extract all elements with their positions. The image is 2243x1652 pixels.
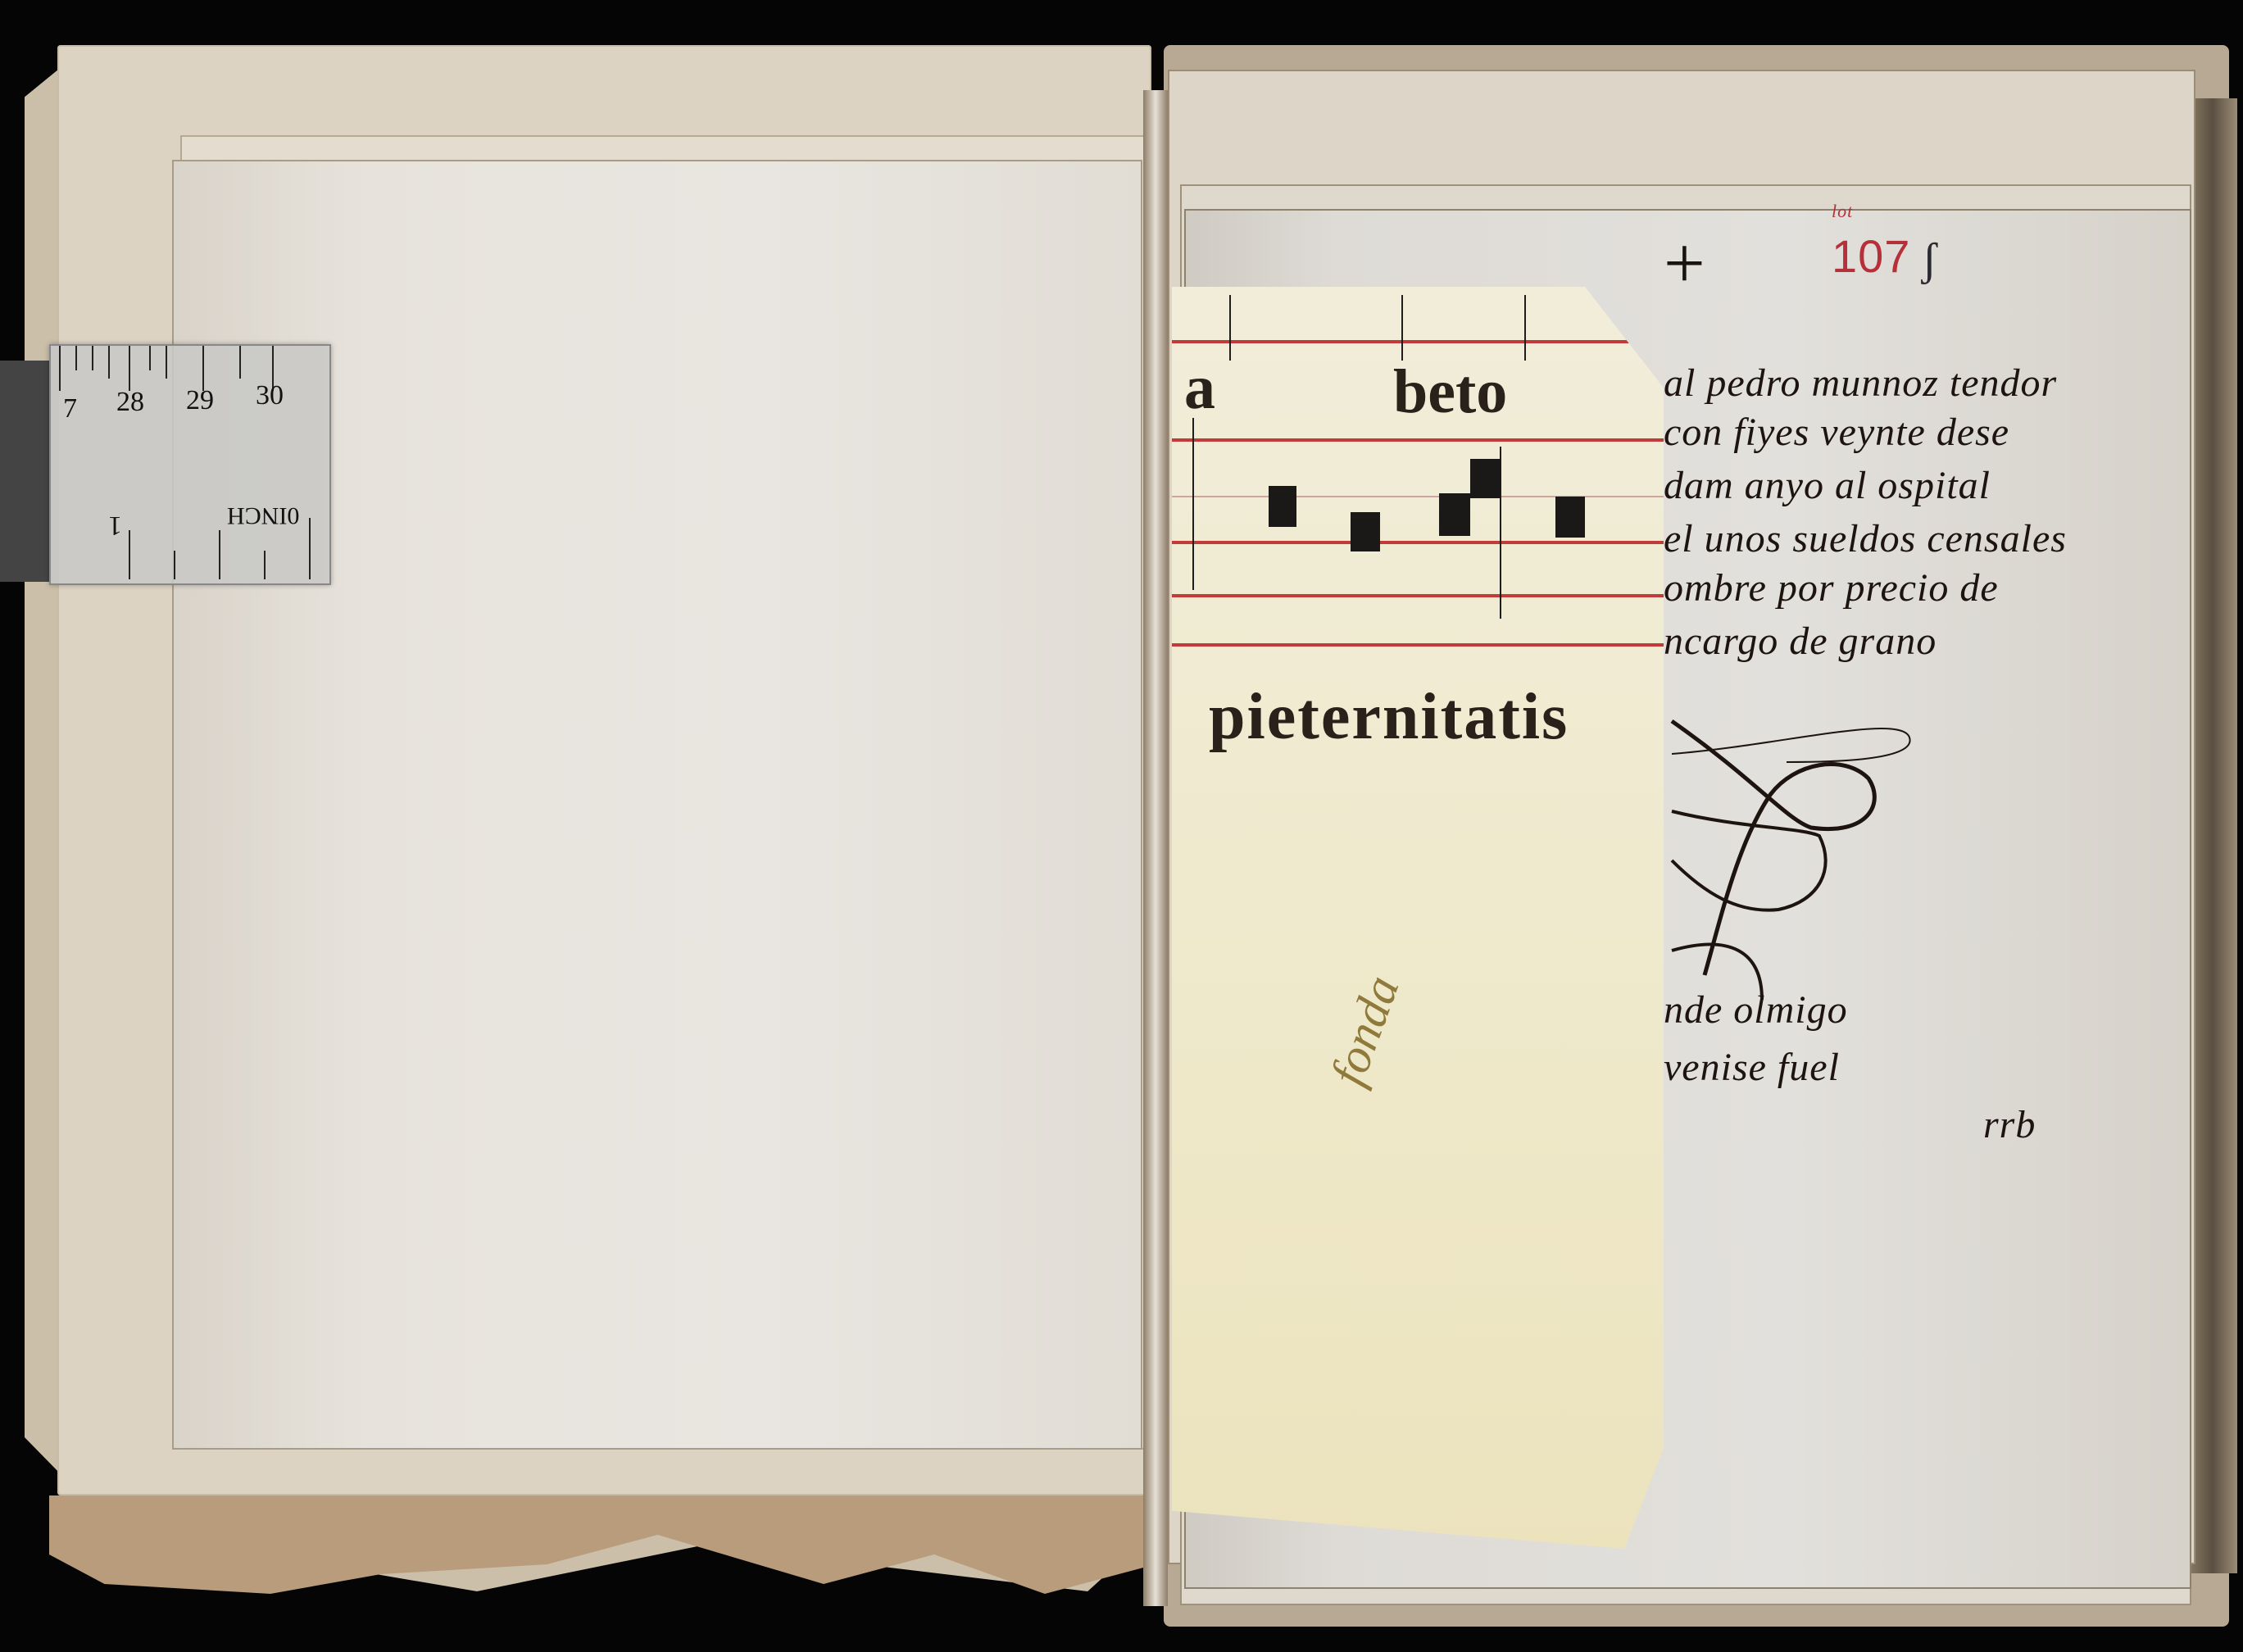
staff-line	[1172, 643, 1664, 647]
staff-line	[1172, 594, 1664, 597]
text-line-lower: rrb	[1983, 1102, 2036, 1147]
staff-line	[1172, 541, 1664, 544]
text-line: el unos sueldos censales	[1664, 516, 2067, 561]
ruler-cm-label: 7	[63, 393, 77, 424]
book-gutter	[1143, 90, 1168, 1606]
bar-line	[1524, 295, 1526, 361]
text-line: con fiyes veynte dese	[1664, 410, 2009, 455]
text-line: al pedro munnoz tendor	[1664, 361, 2057, 406]
pen-flourish	[1655, 705, 1983, 1016]
ruler-inch-label: 0INCH	[227, 501, 299, 529]
ruler-inch-mark: 1	[108, 510, 122, 541]
bar-line	[1192, 418, 1194, 590]
neume-note	[1351, 512, 1380, 551]
measuring-ruler: 7 28 29 30 0INCH 1	[49, 344, 331, 585]
text-line-lower: nde olmigo	[1664, 987, 1848, 1032]
text-line-lower: venise fuel	[1664, 1045, 1840, 1090]
text-line: ombre por precio de	[1664, 565, 1999, 610]
lyric-fragment: a	[1184, 352, 1215, 424]
staff-line	[1172, 496, 1664, 497]
right-fore-edge	[2188, 98, 2237, 1573]
corner-mark: ʃ	[1922, 234, 1938, 286]
bar-line	[1401, 295, 1403, 361]
text-line: ncargo de grano	[1664, 619, 1937, 664]
neume-note	[1555, 497, 1585, 538]
text-line: dam anyo al ospital	[1664, 463, 1991, 508]
marginal-signature: fonda	[1319, 969, 1411, 1093]
folio-number: 107	[1832, 229, 1910, 283]
ruler-cm-label: 29	[186, 385, 214, 416]
bar-line	[1229, 295, 1231, 361]
lyric-line: pieternitatis	[1209, 680, 1569, 755]
ruler-cm-label: 28	[116, 387, 144, 418]
neume-note	[1269, 486, 1296, 527]
ruler-cm-label: 30	[256, 380, 284, 411]
neume-note	[1439, 493, 1470, 536]
cross-mark: +	[1664, 221, 1706, 306]
ruler-backing	[0, 361, 51, 582]
neume-note	[1470, 459, 1501, 498]
lyric-fragment: beto	[1393, 356, 1507, 428]
parchment-music-fragment: a beto pieternitatis fonda	[1172, 287, 1664, 1549]
folio-note: lot	[1832, 201, 1853, 222]
staff-line	[1172, 438, 1664, 442]
staff-line	[1172, 340, 1664, 343]
